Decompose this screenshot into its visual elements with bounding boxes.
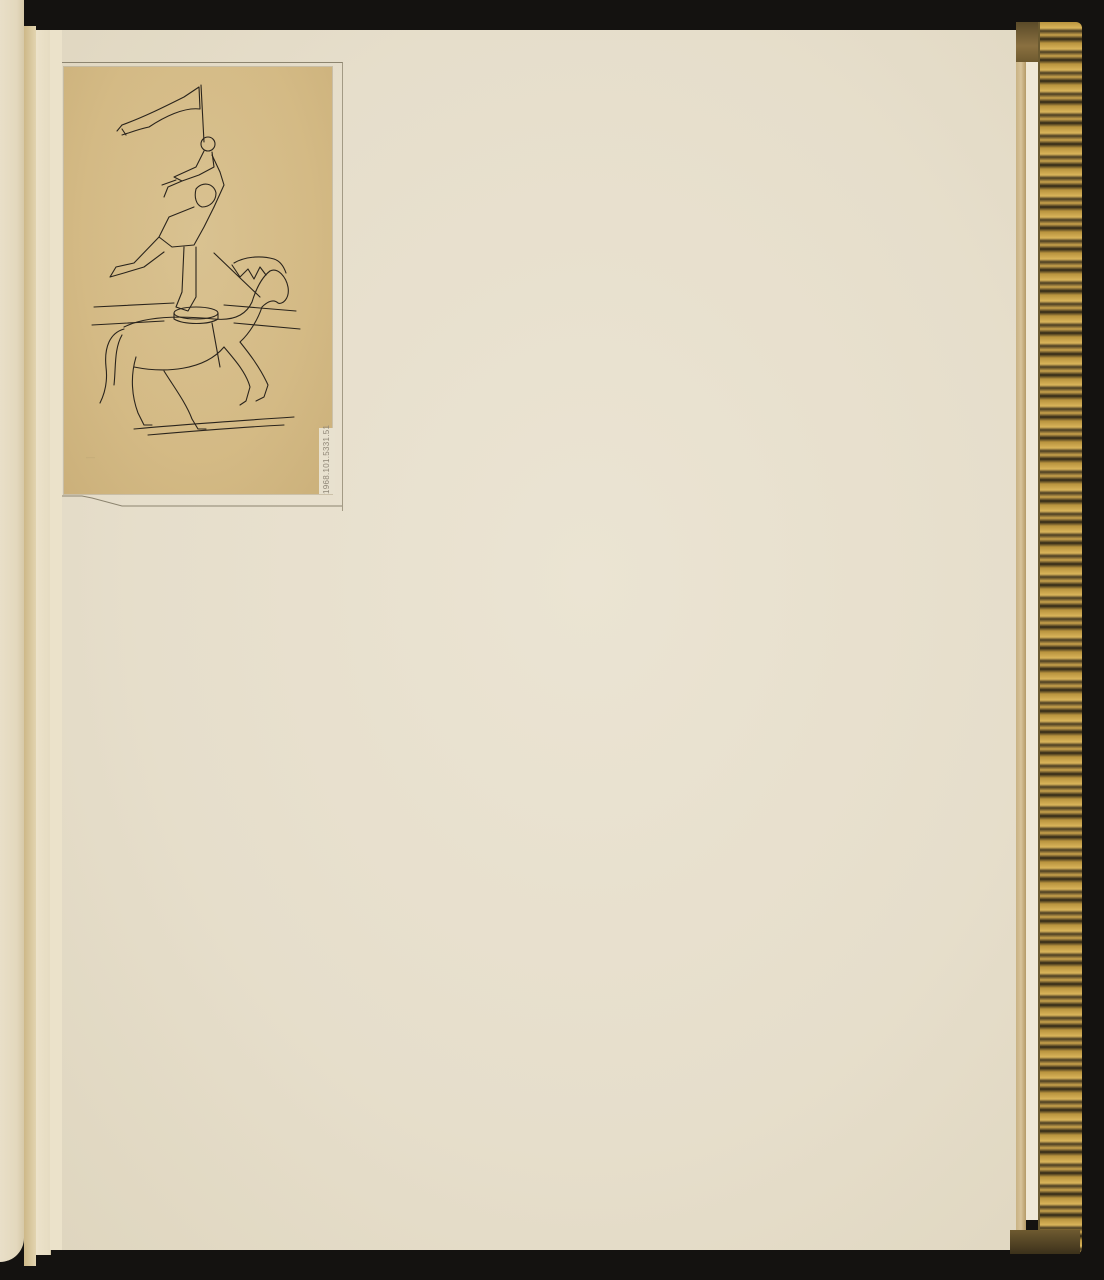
page-edge-right	[1026, 60, 1038, 1220]
equestrian-drawing	[64, 67, 332, 494]
inventory-number: 1968.101.5331.51	[319, 428, 335, 494]
page-stack-right	[1016, 30, 1026, 1250]
binding-corner-bottom	[1010, 1230, 1080, 1254]
mounted-drawing[interactable]: —	[64, 67, 332, 494]
mount-line	[62, 494, 342, 510]
pencil-mark: —	[86, 452, 95, 462]
page-stack-left	[24, 26, 36, 1266]
previous-leaf-edge	[0, 0, 24, 1262]
page-stack-left-2	[36, 30, 51, 1255]
gilt-binding-edge	[1038, 22, 1082, 1254]
